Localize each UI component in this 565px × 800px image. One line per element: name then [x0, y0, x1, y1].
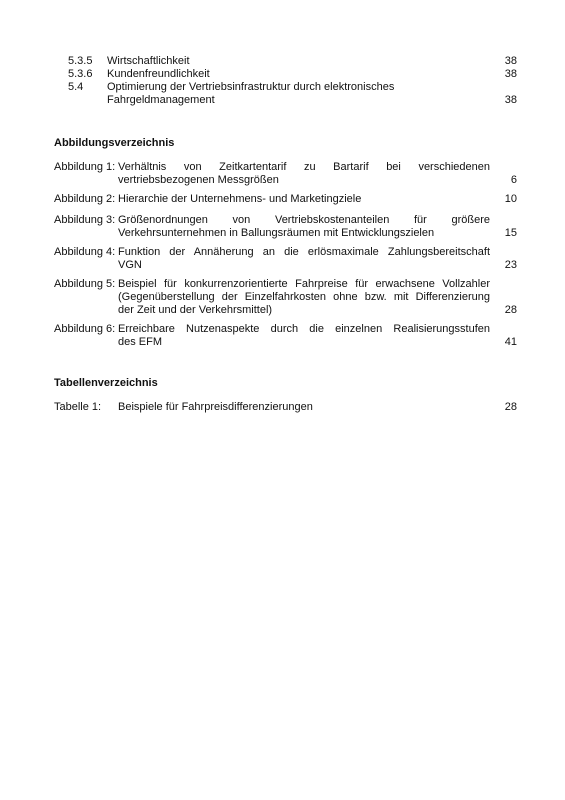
figure-page: 28: [505, 304, 517, 317]
figure-label: Abbildung 2:: [54, 193, 115, 206]
figure-title-cont: vertriebsbezogenen Messgrößen: [118, 174, 279, 187]
figure-label: Abbildung 4:: [54, 246, 115, 259]
figure-page: 15: [505, 227, 517, 240]
toc-page: 38: [505, 55, 517, 68]
figure-title: Erreichbare Nutzenaspekte durch die einz…: [118, 323, 490, 336]
figure-title-cont: (Gegenüberstellung der Einzelfahrkosten …: [118, 291, 490, 304]
toc-number: 5.3.5: [68, 55, 92, 68]
figure-page: 41: [505, 336, 517, 349]
toc-page: 38: [505, 94, 517, 107]
figure-title-cont: des EFM: [118, 336, 162, 349]
toc-number: 5.3.6: [68, 68, 92, 81]
figures-heading: Abbildungsverzeichnis: [54, 137, 174, 150]
table-page: 28: [505, 401, 517, 414]
figure-title-cont: VGN: [118, 259, 142, 272]
toc-title-cont: Fahrgeldmanagement: [107, 94, 215, 107]
figure-label: Abbildung 5:: [54, 278, 115, 291]
figure-title: Verhältnis von Zeitkartentarif zu Bartar…: [118, 161, 490, 174]
figure-title: Hierarchie der Unternehmens- und Marketi…: [118, 193, 361, 206]
figure-page: 6: [511, 174, 517, 187]
table-title: Beispiele für Fahrpreisdifferenzierungen: [118, 401, 313, 414]
figure-title: Beispiel für konkurrenzorientierte Fahrp…: [118, 278, 490, 291]
figure-label: Abbildung 3:: [54, 214, 115, 227]
figure-page: 23: [505, 259, 517, 272]
figure-title: Größenordnungen von Vertriebskostenantei…: [118, 214, 490, 227]
toc-title: Kundenfreundlichkeit: [107, 68, 210, 81]
figure-page: 10: [505, 193, 517, 206]
toc-title: Wirtschaftlichkeit: [107, 55, 190, 68]
figure-title: Funktion der Annäherung an die erlösmaxi…: [118, 246, 490, 259]
table-label: Tabelle 1:: [54, 401, 101, 414]
figure-label: Abbildung 6:: [54, 323, 115, 336]
tables-heading: Tabellenverzeichnis: [54, 377, 158, 390]
figure-title-cont: Verkehrsunternehmen in Ballungsräumen mi…: [118, 227, 434, 240]
toc-title: Optimierung der Vertriebsinfrastruktur d…: [107, 81, 394, 94]
figure-title-cont: der Zeit und der Verkehrsmittel): [118, 304, 272, 317]
toc-page: 38: [505, 68, 517, 81]
figure-label: Abbildung 1:: [54, 161, 115, 174]
toc-number: 5.4: [68, 81, 83, 94]
document-page: 5.3.5 Wirtschaftlichkeit 38 5.3.6 Kunden…: [0, 0, 565, 800]
